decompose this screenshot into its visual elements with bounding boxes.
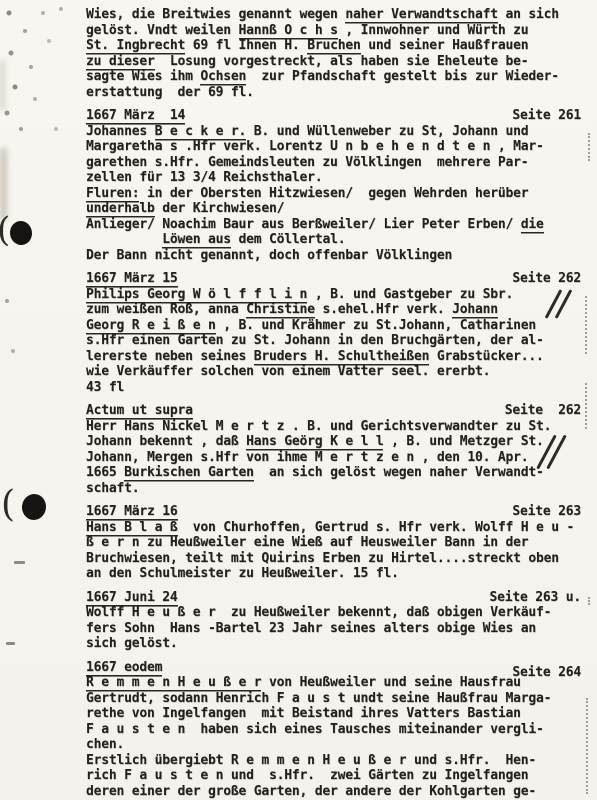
text-segment: Wolff H e u ß e r zu Heußweiler bekennt,… xyxy=(86,605,551,620)
text-line: gelöst. Vndt weilen Hannß O c h s , Innw… xyxy=(86,23,583,39)
underlined-text: Ochsen xyxy=(200,69,246,84)
text-segment: , B. und Gastgeber zu Sbr. xyxy=(307,287,513,302)
text-segment: 43 fl xyxy=(86,380,124,395)
text-line: Bruchwiesen, teilt mit Quirins Erben zu … xyxy=(86,551,583,567)
pen-paren-mark: ( xyxy=(1,484,15,525)
text-segment: deren einer der große Garten, der andere… xyxy=(86,784,536,799)
entry-1667-maerz-16: 1667 März 16Seite 263Hans B l a ß von Ch… xyxy=(86,504,583,582)
text-segment: Johann, Mergen s.Hfr von ihme M e r t z … xyxy=(86,450,528,465)
text-segment: s.Hfr einen Garten zu St. Johann in den … xyxy=(86,333,544,348)
entry-1667-eodem: 1667 eodemSeite 264R e m m e n H e u ß e… xyxy=(86,660,583,800)
text-line: Herr Hans Nickel M e r t z . B. und Geri… xyxy=(86,419,583,435)
entry-heading: 1667 Juni 24Seite 263 u. xyxy=(86,590,583,606)
text-segment: B. und Wüllenweber zu St, Johann und xyxy=(246,124,528,139)
text-segment xyxy=(86,232,162,247)
text-segment: Herr Hans Nickel M e r t z . B. und Geri… xyxy=(86,419,551,434)
scan-noise-speckles xyxy=(0,0,2,2)
text-segment: schaft. xyxy=(86,481,139,496)
text-segment: Johann bekennt , daß xyxy=(86,434,246,449)
perforation-dots xyxy=(585,383,587,429)
text-line: sich gelöst. xyxy=(86,636,583,652)
text-line: rethe von Ingelfangen mit Beistand ihres… xyxy=(86,706,583,722)
text-line: s.Hfr einen Garten zu St. Johann in den … xyxy=(86,333,583,349)
text-segment: Bruchwiesen, teilt mit Quirins Erben zu … xyxy=(86,551,559,566)
text-segment: , B. und Krähmer zu St.Johann, Catharine… xyxy=(216,318,536,333)
page-reference: Seite 263 xyxy=(512,504,581,520)
document-page: ( ( Wies, die Breitwies genannt wegen na… xyxy=(0,0,597,800)
left-edge-smudge xyxy=(0,60,5,110)
text-line: erstattung der 69 fl. xyxy=(86,85,583,101)
underlined-text: R e m m e n H e u ß e r xyxy=(86,675,261,690)
scanned-document-screenshot: { "document": { "kind": "typewritten arc… xyxy=(0,0,597,800)
text-segment: lererste neben seines xyxy=(86,349,254,364)
text-line: zellen für 13 3/4 Reichsthaler. xyxy=(86,170,583,186)
text-line: F a u s t e n haben sich eines Tausches … xyxy=(86,722,583,738)
page-reference: Seite 261 xyxy=(512,108,581,124)
text-line: deren einer der große Garten, der andere… xyxy=(86,784,583,800)
underlined-text: Hans Geörg K e l l xyxy=(246,434,383,449)
entry-heading: 1667 März 14Seite 261 xyxy=(86,108,583,124)
entry-date: 1667 März 16 xyxy=(86,504,178,519)
text-line: Philips Georg W ö l f f l i n , B. und G… xyxy=(86,287,583,303)
text-segment: von Churhoffen, Gertrud s. Hfr verk. Wol… xyxy=(178,520,575,535)
entry-1667-maerz-14: 1667 März 14Seite 261Johannes B e c k e … xyxy=(86,108,583,263)
entry-date: 1667 März 14 xyxy=(86,108,185,123)
text-line: schaft. xyxy=(86,481,583,497)
underlined-text: Burkischen Garten xyxy=(124,465,254,480)
perforation-dots xyxy=(588,133,590,161)
underlined-text: Philips Georg W ö l f f l i n xyxy=(86,287,307,302)
text-segment: s.ehel.Hfr verk. xyxy=(315,302,452,317)
underlined-text: Johann xyxy=(452,302,498,317)
text-segment: Margaretha s .Hfr verk. Lorentz U n b e … xyxy=(86,139,544,154)
text-line: Johannes B e c k e r. B. und Wüllenweber… xyxy=(86,124,583,140)
text-segment: chen. xyxy=(86,737,124,752)
text-segment: rich F a u s t e n und s.Hfr. zwei Gärte… xyxy=(86,768,528,783)
entry-1667-juni-24: 1667 Juni 24Seite 263 u.Wolff H e u ß e … xyxy=(86,590,583,652)
text-segment: Johannes xyxy=(86,124,155,139)
text-line: St. Ingbrecht 69 fl Ihnen H. Bruchen und… xyxy=(86,38,583,54)
text-line: Fluren: in der Obersten Hitzwiesen/ gege… xyxy=(86,186,583,202)
entry-date: 1667 Juni 24 xyxy=(86,590,178,605)
entry-date: 1667 März 15 xyxy=(86,271,178,286)
text-line: rich F a u s t e n und s.Hfr. zwei Gärte… xyxy=(86,768,583,784)
text-line: lererste neben seines Bruders H. Schulth… xyxy=(86,349,583,365)
text-line: Der Bann nicht genannt, doch offenbar Vö… xyxy=(86,248,583,264)
underlined-text: Hannß O c h s xyxy=(239,23,338,38)
text-line: wie Verkäuffer solchen von einem Vatter … xyxy=(86,364,583,380)
underlined-text: naher Verwandtschaft xyxy=(345,7,498,22)
perforation-dots xyxy=(588,597,590,605)
underlined-text: Georg R e i ß e n xyxy=(86,318,216,333)
hole-punch-mark xyxy=(8,220,33,247)
text-line: 1665 Burkischen Garten an sich gelöst we… xyxy=(86,465,583,481)
margin-dash-mark xyxy=(14,561,25,564)
page-reference: Seite 262 xyxy=(512,271,581,287)
text-segment: zellen für 13 3/4 Reichsthaler. xyxy=(86,170,322,185)
underlined-text: Christine xyxy=(246,302,315,317)
text-segment: zum weißen Roß, anna xyxy=(86,302,246,317)
text-segment: gelöst. Vndt weilen xyxy=(86,23,239,38)
underlined-text: Bruchen xyxy=(307,38,360,53)
text-segment: fers Sohn Hans -Bartel 23 Jahr seines al… xyxy=(86,621,536,636)
text-segment: Anlieger/ Noachim Baur aus Berßweiler/ L… xyxy=(86,217,521,232)
text-line: R e m m e n H e u ß e r von Heußweiler u… xyxy=(86,675,583,691)
text-segment: an sich xyxy=(498,7,559,22)
text-line: chen. xyxy=(86,737,583,753)
text-line: Löwen aus dem Cöllertal. xyxy=(86,232,583,248)
page-reference: Seite 262 xyxy=(505,403,581,419)
text-line: sagte Wies ihm Ochsen zur Pfandschaft ge… xyxy=(86,69,583,85)
text-line: Wolff H e u ß e r zu Heußweiler bekennt,… xyxy=(86,605,583,621)
text-line: 43 fl xyxy=(86,380,583,396)
text-segment: sagte Wies ihm xyxy=(86,69,200,84)
text-line: Hans B l a ß von Churhoffen, Gertrud s. … xyxy=(86,520,583,536)
margin-dash-mark xyxy=(6,642,15,645)
text-line: underhalb der Kirchwiesen/ xyxy=(86,201,583,217)
text-segment: wie Verkäuffer solchen von einem Vatter … xyxy=(86,364,490,379)
hole-punch-mark xyxy=(21,493,48,521)
text-segment: Gertrudt, sodann Henrich F a u s t undt … xyxy=(86,691,551,706)
text-segment: ß e r n zu Heußweiler eine Wieß auf Heus… xyxy=(86,535,528,550)
text-segment: garethen s.Hfr. Gemeindsleuten zu Völkli… xyxy=(86,155,528,170)
entry-heading: 1667 März 16Seite 263 xyxy=(86,504,583,520)
text-segment: von Heußweiler und seine Hausfrau xyxy=(261,675,520,690)
text-segment: rethe von Ingelfangen mit Beistand ihres… xyxy=(86,706,521,721)
entry-continuation: Wies, die Breitwies genannt wegen naher … xyxy=(86,7,583,100)
underlined-text: Bruders H. Schultheißen xyxy=(254,349,429,364)
text-line: Wies, die Breitwies genannt wegen naher … xyxy=(86,7,583,23)
entry-heading: 1667 eodemSeite 264 xyxy=(86,660,583,676)
underlined-text: St. Ingbrecht xyxy=(86,38,185,53)
entry-heading: 1667 März 15Seite 262 xyxy=(86,271,583,287)
entry-heading: Actum ut supraSeite 262 xyxy=(86,403,583,419)
text-line: Anlieger/ Noachim Baur aus Berßweiler/ L… xyxy=(86,217,583,233)
text-segment: an sich gelöst wegen naher Verwandt- xyxy=(254,465,544,480)
entry-1667-maerz-15: 1667 März 15Seite 262Philips Georg W ö l… xyxy=(86,271,583,395)
text-segment: Losung vorgestreckt, als haben sie Ehele… xyxy=(155,54,529,69)
underlined-text: Fluren: xyxy=(86,186,139,201)
text-segment: 1665 xyxy=(86,465,124,480)
typescript-text-column: Wies, die Breitwies genannt wegen naher … xyxy=(86,7,583,799)
text-segment: Wies, die Breitwies genannt wegen xyxy=(86,7,345,22)
entry-actum-ut-supra: Actum ut supraSeite 262Herr Hans Nickel … xyxy=(86,403,583,496)
text-segment: Grabstücker... xyxy=(429,349,543,364)
underlined-text: die xyxy=(521,217,544,232)
underlined-text: B e c k e r. xyxy=(155,124,247,139)
text-segment: , Innwohner und Würth zu xyxy=(338,23,529,38)
entry-date: 1667 eodem xyxy=(86,660,162,675)
text-segment: Der Bann nicht genannt, doch offenbar Vö… xyxy=(86,248,452,263)
text-line: Gertrudt, sodann Henrich F a u s t undt … xyxy=(86,691,583,707)
text-line: Georg R e i ß e n , B. und Krähmer zu St… xyxy=(86,318,583,334)
text-line: garethen s.Hfr. Gemeindsleuten zu Völkli… xyxy=(86,155,583,171)
text-line: zum weißen Roß, anna Christine s.ehel.Hf… xyxy=(86,302,583,318)
text-line: Erstlich übergiebt R e m m e n H e u ß e… xyxy=(86,753,583,769)
text-segment: und seiner Haußfrauen xyxy=(361,38,529,53)
text-line: zu dieser Losung vorgestreckt, als haben… xyxy=(86,54,583,70)
text-line: ß e r n zu Heußweiler eine Wieß auf Heus… xyxy=(86,535,583,551)
underlined-text: zu dieser xyxy=(86,54,155,69)
page-reference: Seite 263 u. xyxy=(489,590,581,606)
underlined-text: Hans B l a ß xyxy=(86,520,178,535)
underlined-text: underhalb xyxy=(86,201,155,216)
text-segment: 69 fl Ihnen H. xyxy=(185,38,307,53)
perforation-dots xyxy=(585,296,587,354)
perforation-dots xyxy=(586,698,588,794)
text-segment: erstattung der 69 fl. xyxy=(86,85,254,100)
entry-date: Actum ut supra xyxy=(86,403,193,418)
text-line: Johann, Mergen s.Hfr von ihme M e r t z … xyxy=(86,450,583,466)
text-segment: dem Cöllertal. xyxy=(231,232,345,247)
text-segment: , B. und Metzger St. xyxy=(383,434,543,449)
text-segment: an den Schulmeister zu Heußweiler. 15 fl… xyxy=(86,566,399,581)
text-segment: sich gelöst. xyxy=(86,636,178,651)
underlined-text: Löwen aus xyxy=(162,232,231,247)
text-segment: Erstlich übergiebt R e m m e n H e u ß e… xyxy=(86,753,536,768)
text-line: Johann bekennt , daß Hans Geörg K e l l … xyxy=(86,434,583,450)
text-line: fers Sohn Hans -Bartel 23 Jahr seines al… xyxy=(86,621,583,637)
text-segment: der Kirchwiesen/ xyxy=(155,201,285,216)
text-segment: in der Obersten Hitzwiesen/ gegen Wehrde… xyxy=(139,186,528,201)
text-line: an den Schulmeister zu Heußweiler. 15 fl… xyxy=(86,566,583,582)
pen-paren-mark: ( xyxy=(0,210,10,250)
text-segment: zur Pfandschaft gestelt bis zur Wieder- xyxy=(246,69,559,84)
text-line: Margaretha s .Hfr verk. Lorentz U n b e … xyxy=(86,139,583,155)
text-segment: F a u s t e n haben sich eines Tausches … xyxy=(86,722,544,737)
